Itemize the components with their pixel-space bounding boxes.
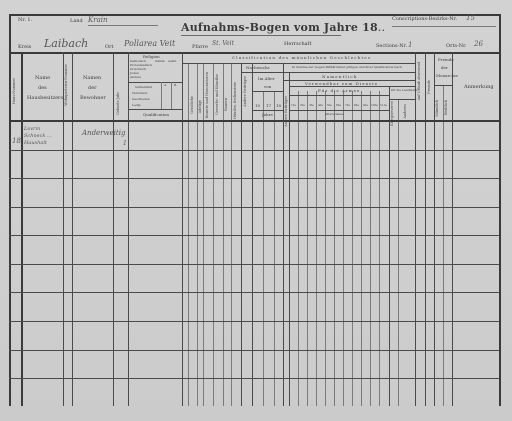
entry-hausbesitzer: Lovrin Schneck ... Haushalt (24, 126, 62, 147)
namen-bewohner-header: Namen (83, 76, 101, 81)
row-divider (9, 292, 499, 293)
stand-row: Ledig (132, 104, 141, 107)
jahre-divider (252, 110, 283, 111)
row-divider (9, 178, 499, 179)
entry-mark: 1 (123, 141, 127, 147)
fremde-divider (434, 85, 452, 86)
andere-beitraeger-header: Andere Beiträger (285, 96, 289, 127)
alter-header: Im Alter (258, 77, 275, 81)
landwehr-header: für die Landwehr (391, 89, 417, 92)
wohnparteien-header: Wohnparteien-Nummer (65, 64, 69, 106)
vert-col-header: Geistliche (191, 96, 195, 114)
army-col: 1te (291, 104, 296, 107)
ort-label: Ort (105, 45, 114, 50)
col-divider (21, 52, 23, 406)
geburts-jahr-header: Geburts-Jahr (117, 92, 121, 115)
armee-divider (289, 95, 389, 96)
census-form-sheet: Nr. 1. Land Krain Aufnahms-Bogen vom Jah… (0, 0, 512, 421)
landwehr-col: Anderes (404, 104, 408, 119)
form-right-border (499, 14, 501, 406)
army-col: 10te (371, 104, 378, 107)
land-underline (88, 25, 158, 26)
army-col: 7te (345, 104, 350, 107)
entry-haus-nr: 18 (12, 138, 21, 145)
army-col: 6te (336, 104, 341, 107)
army-col: 9te (363, 104, 368, 107)
qualification-header: Qualification (143, 113, 169, 117)
name-hausbesitzer-header: des (38, 86, 47, 91)
kreis-value: Laibach (44, 38, 88, 49)
col-divider (452, 52, 453, 406)
col-divider (389, 86, 390, 406)
fremde-header: Fremde (428, 80, 432, 94)
religion-row: Andere (130, 76, 141, 79)
vert-col-header: Beamte und Honoratioren (206, 72, 210, 118)
form-title: Aufnahms-Bogen vom Jahre 18.. (181, 22, 385, 33)
qualification-divider (128, 109, 182, 110)
altersclasse-divider (289, 110, 389, 111)
pfarre-value: St. Veit (212, 41, 234, 47)
col-divider (325, 91, 326, 406)
army-col: 4te (318, 104, 323, 107)
name-hausbesitzer-header: Hausbesitzers (27, 96, 63, 101)
vert-col-header: Adelige (199, 100, 203, 113)
stand-row: Geschieden (132, 98, 150, 101)
religion-col: männl. (155, 60, 165, 63)
conscription-value: 15 (466, 15, 475, 22)
fremde-col: Männlich (436, 100, 440, 117)
header-body-divider (9, 120, 499, 122)
col-divider (370, 91, 371, 406)
altersclasse-label: Altersclasse (325, 113, 343, 116)
fremde-title: der (441, 66, 448, 70)
row-divider (9, 207, 499, 208)
land-label: Land (70, 19, 83, 24)
alter-header: von (264, 85, 271, 89)
anmerkung-header: Anmerkung (464, 85, 494, 90)
col-divider (379, 91, 380, 406)
conscription-underline (392, 26, 496, 27)
orts-label: Orts-Nr. (446, 44, 467, 49)
jahre-label: Jahre (262, 113, 273, 117)
col-divider (289, 72, 290, 406)
col-divider (182, 52, 183, 406)
col-divider (298, 91, 299, 406)
title-underline (181, 35, 341, 36)
col-divider (443, 85, 444, 406)
row-divider (9, 350, 499, 351)
namen-bewohner-header: der (88, 86, 97, 91)
row-divider (9, 264, 499, 265)
row-divider (9, 378, 499, 379)
classification-title: Classification des männlichen Geschlecht… (232, 56, 371, 60)
kreis-label: Kreis (18, 45, 31, 50)
form-left-border (9, 14, 11, 406)
conscription-label: Conscriptions-Bezirks-Nr. (392, 17, 457, 22)
fremde-title: Fremde (438, 58, 454, 62)
verwendbar-divider (289, 86, 415, 87)
row-divider (9, 235, 499, 236)
col-divider (72, 52, 73, 406)
col-divider (415, 52, 416, 406)
col-divider (352, 91, 353, 406)
stand-divider (161, 82, 162, 109)
name-hausbesitzer-header: Name (35, 76, 50, 81)
army-col: 11te (380, 104, 387, 107)
ausserdem-header: Andere Beiträger (244, 76, 248, 107)
age-col: 18 (276, 104, 281, 108)
herrschaft-label: Herrschaft (284, 42, 312, 47)
fremde-title: Monarchie (436, 74, 458, 78)
religion-col: weibl. (168, 60, 177, 63)
vert-col-header: Häusler, Bedienstete (234, 82, 238, 119)
nachwuchs-divider (241, 72, 415, 73)
col-divider (343, 91, 344, 406)
land-value: Krain (88, 17, 108, 24)
in-summe-header: In Summe der wegen Militärdienst giltige… (292, 66, 402, 69)
col-divider (263, 91, 264, 406)
landwehr-col: Kriegsreserve (391, 101, 395, 126)
alter-divider (252, 91, 283, 92)
row-divider (9, 150, 499, 151)
col-divider (334, 91, 335, 406)
col-divider (307, 91, 308, 406)
ort-value: Pollarea Veit (124, 40, 175, 48)
vert-col-header: Gewerbs- und Künstler (216, 74, 220, 115)
haus-nr-header: Haus-Nummer (13, 78, 17, 104)
fremde-col: Weiblich (445, 100, 449, 115)
fuer-armee-header: Für die Armee (318, 89, 360, 93)
age-col: 17 (266, 104, 271, 108)
army-col: 8te (354, 104, 359, 107)
col-divider (398, 99, 399, 406)
landwehr-divider (389, 99, 415, 100)
namentlich-header: Namentlich (322, 75, 358, 79)
col-divider (274, 91, 275, 406)
col-divider (113, 52, 114, 406)
pfarre-label: Pfarre (192, 45, 208, 50)
army-col: 5te (327, 104, 332, 107)
namen-bewohner-header: Bewohner (80, 96, 106, 101)
sections-value: 1 (408, 42, 412, 49)
col-divider (425, 52, 426, 406)
row-divider (9, 321, 499, 322)
form-number: Nr. 1. (18, 18, 32, 23)
age-col: 15 (255, 104, 260, 108)
stand-row: Verwitwet (132, 92, 147, 95)
stand-row: Verheiratet (135, 86, 152, 89)
col-divider (316, 91, 317, 406)
stand-col: B. (174, 84, 177, 87)
army-col: 3te (309, 104, 314, 107)
sections-label: Sections-Nr. (376, 44, 407, 49)
col-divider (128, 52, 129, 406)
orts-value: 26 (474, 41, 483, 48)
vert-col-header: Bauern (225, 98, 229, 111)
nachwuchs-header: Nachwuchs (246, 66, 270, 70)
stand-divider (171, 82, 172, 109)
col-divider (361, 91, 362, 406)
entry-bewohner: Anderweitig (82, 130, 125, 137)
stand-col: A. (164, 84, 167, 87)
classification-divider (182, 63, 415, 64)
abwesend-header: Auf Urlaub abwesend (418, 62, 422, 100)
army-col: 2te (300, 104, 305, 107)
